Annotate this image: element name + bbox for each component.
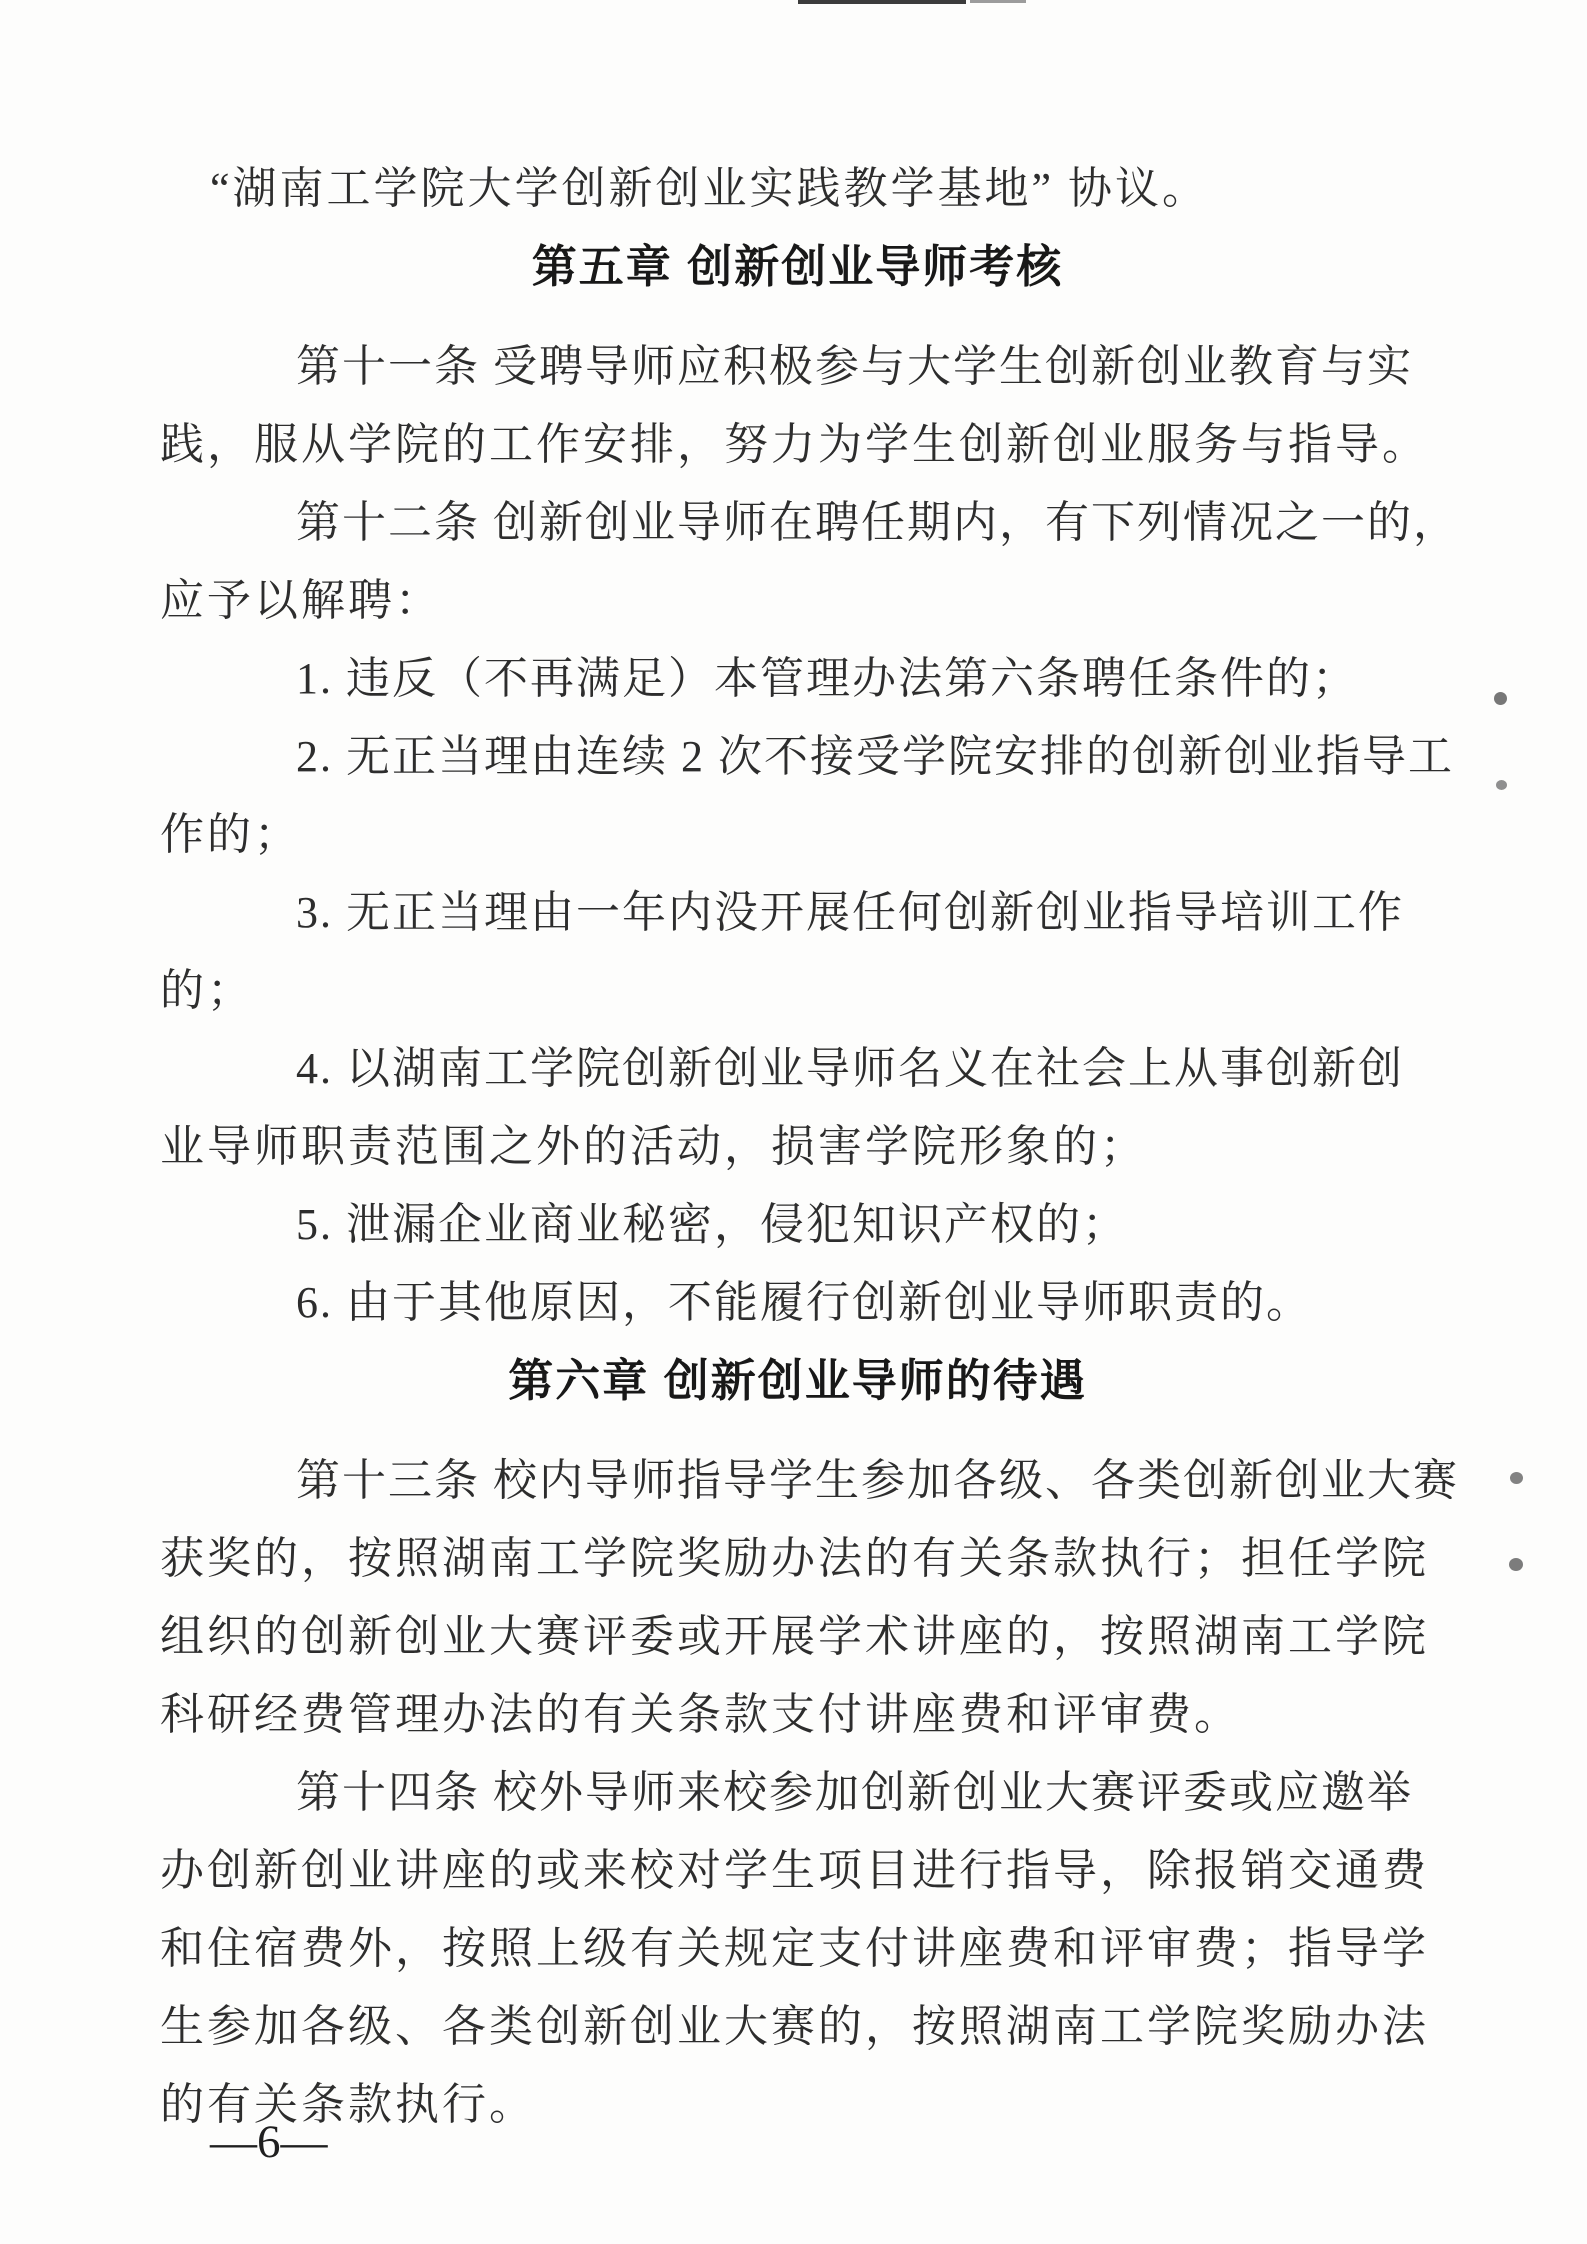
text-line: 3. 无正当理由一年内没开展任何创新创业指导培训工作	[160, 874, 1435, 952]
text-line: 6. 由于其他原因，不能履行创新创业导师职责的。	[160, 1264, 1435, 1342]
text-line: 科研经费管理办法的有关条款支付讲座费和评审费。	[160, 1676, 1435, 1754]
text-line: 第十四条 校外导师来校参加创新创业大赛评委或应邀举	[160, 1754, 1435, 1832]
text-line: 第十一条 受聘导师应积极参与大学生创新创业教育与实	[160, 328, 1435, 406]
page-number: —6—	[210, 2112, 328, 2172]
text-line: 1. 违反（不再满足）本管理办法第六条聘任条件的；	[160, 640, 1435, 718]
scan-artifact-line-faint	[970, 0, 1026, 3]
text-line: 作的；	[160, 796, 1435, 874]
text-line: 组织的创新创业大赛评委或开展学术讲座的，按照湖南工学院	[160, 1598, 1435, 1676]
scan-artifact-line	[798, 0, 966, 4]
chapter-heading: 第五章 创新创业导师考核	[160, 228, 1435, 306]
ink-speck	[1494, 692, 1507, 705]
text-line: 办创新创业讲座的或来校对学生项目进行指导，除报销交通费	[160, 1832, 1435, 1910]
text-line: 4. 以湖南工学院创新创业导师名义在社会上从事创新创	[160, 1030, 1435, 1108]
ink-speck	[1510, 1472, 1523, 1484]
ink-speck	[1496, 780, 1507, 790]
text-line: 应予以解聘：	[160, 562, 1435, 640]
document-lines: “湖南工学院大学创新创业实践教学基地” 协议。第五章 创新创业导师考核第十一条 …	[160, 150, 1435, 2144]
text-line: 第十三条 校内导师指导学生参加各级、各类创新创业大赛	[160, 1442, 1435, 1520]
document-page: “湖南工学院大学创新创业实践教学基地” 协议。第五章 创新创业导师考核第十一条 …	[0, 0, 1587, 2244]
text-line: “湖南工学院大学创新创业实践教学基地” 协议。	[160, 150, 1435, 228]
text-line: 生参加各级、各类创新创业大赛的，按照湖南工学院奖励办法	[160, 1988, 1435, 2066]
text-line: 业导师职责范围之外的活动，损害学院形象的；	[160, 1108, 1435, 1186]
text-line: 和住宿费外，按照上级有关规定支付讲座费和评审费；指导学	[160, 1910, 1435, 1988]
text-line: 2. 无正当理由连续 2 次不接受学院安排的创新创业指导工	[160, 718, 1435, 796]
chapter-heading: 第六章 创新创业导师的待遇	[160, 1342, 1435, 1420]
ink-speck	[1509, 1558, 1523, 1571]
text-line: 第十二条 创新创业导师在聘任期内，有下列情况之一的，	[160, 484, 1435, 562]
text-line: 5. 泄漏企业商业秘密，侵犯知识产权的；	[160, 1186, 1435, 1264]
text-line: 的有关条款执行。	[160, 2066, 1435, 2144]
text-line: 践，服从学院的工作安排，努力为学生创新创业服务与指导。	[160, 406, 1435, 484]
text-line: 的；	[160, 952, 1435, 1030]
text-line: 获奖的，按照湖南工学院奖励办法的有关条款执行；担任学院	[160, 1520, 1435, 1598]
